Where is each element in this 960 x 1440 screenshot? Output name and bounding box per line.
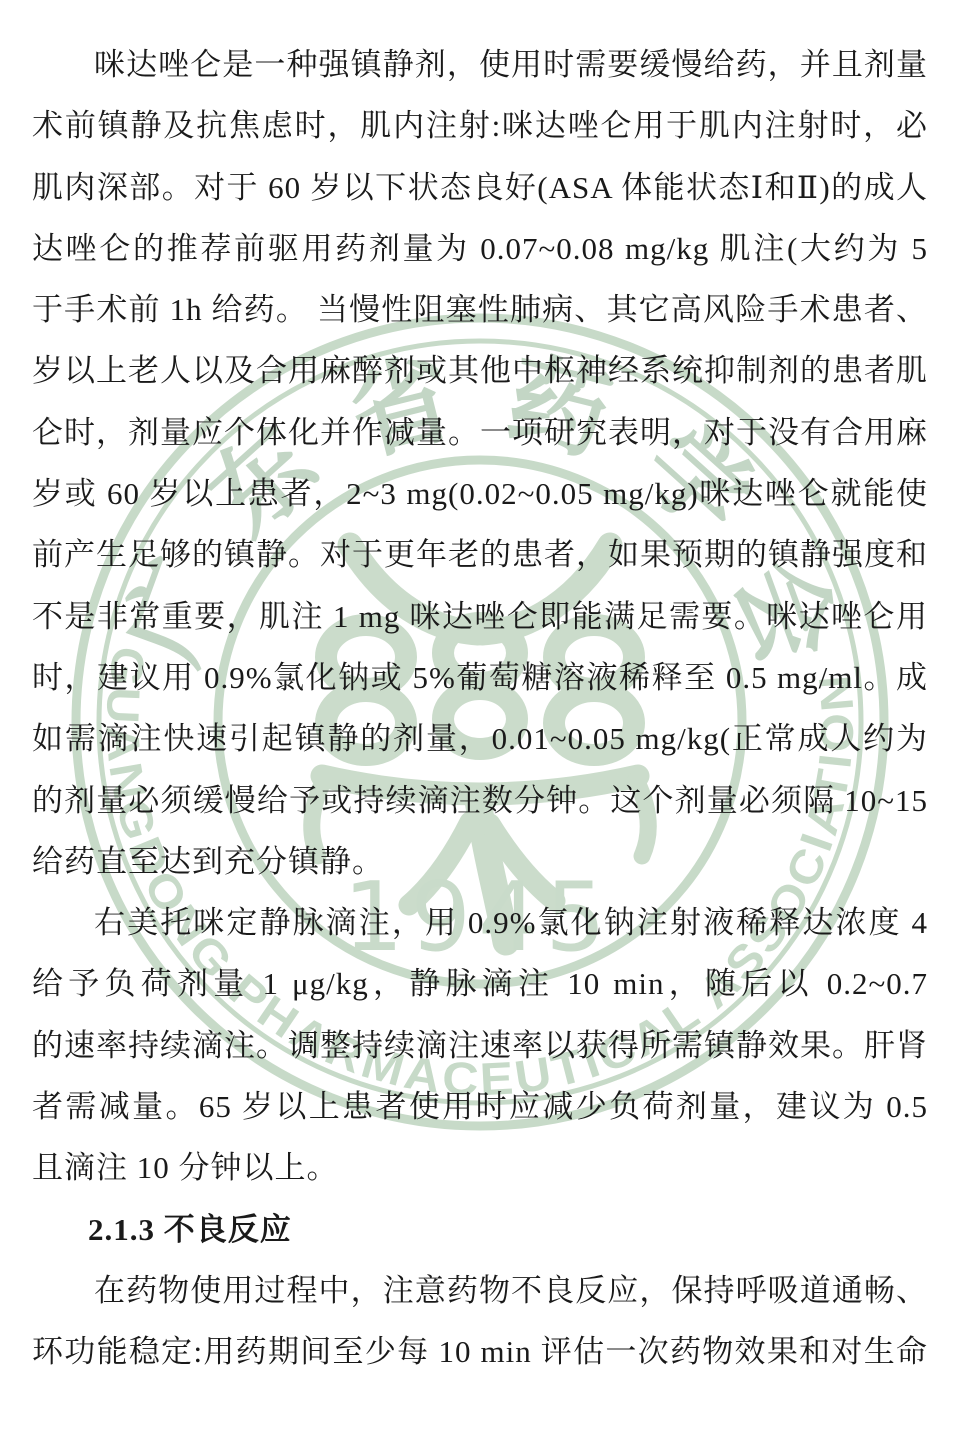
section-heading: 2.1.3 不良反应 <box>32 1199 928 1260</box>
text-line: 环功能稳定:用药期间至少每 10 min 评估一次药物效果和对生命体征影响。 <box>32 1321 928 1382</box>
text-line: 如需滴注快速引起镇静的剂量，0.01~0.05 mg/kg(正常成人约为 0.5… <box>32 708 928 769</box>
document-body: 咪达唑仑是一种强镇静剂，使用时需要缓慢给药，并且剂量个体化。 术前镇静及抗焦虑时… <box>0 0 960 1383</box>
text-line: 肌肉深部。对于 60 岁以下状态良好(ASA 体能状态Ⅰ和Ⅱ)的成人患者，咪 <box>32 157 928 218</box>
document-page: 广 东 省 药 学 会 1945 GUANGDONG PHARMACEUTICA… <box>0 0 960 1440</box>
text-line: 前产生足够的镇静。对于更年老的患者，如果预期的镇静强度和持续时间 <box>32 524 928 585</box>
text-line: 术前镇静及抗焦虑时，肌内注射:咪达唑仑用于肌内注射时，必须注射于大 <box>32 95 928 156</box>
text-line: 仑时，剂量应个体化并作减量。一项研究表明，对于没有合用麻醉药的 60 <box>32 402 928 463</box>
text-line: 给药直至达到充分镇静。 <box>32 831 928 892</box>
text-line: 且滴注 10 分钟以上。 <box>32 1137 928 1198</box>
text-line: 的剂量必须缓慢给予或持续滴注数分钟。这个剂量必须隔 10~15 min 重复 <box>32 770 928 831</box>
text-line: 给予负荷剂量 1 μg/kg，静脉滴注 10 min，随后以 0.2~0.7 μ… <box>32 953 928 1014</box>
text-line: 岁或 60 岁以上患者，2~3 mg(0.02~0.05 mg/kg)咪达唑仑就… <box>32 463 928 524</box>
text-line: 岁以上老人以及合用麻醉剂或其他中枢神经系统抑制剂的患者肌注咪达唑 <box>32 340 928 401</box>
text-line: 达唑仑的推荐前驱用药剂量为 0.07~0.08 mg/kg 肌注(大约为 5 m… <box>32 218 928 279</box>
text-line: 者需减量。65 岁以上患者使用时应减少负荷剂量，建议为 0.5 μg/kg， <box>32 1076 928 1137</box>
text-line: 咪达唑仑是一种强镇静剂，使用时需要缓慢给药，并且剂量个体化。 <box>32 34 928 95</box>
text-line: 时，建议用 0.9%氯化钠或 5%葡萄糖溶液稀释至 0.5 mg/ml。成人常用… <box>32 647 928 708</box>
text-line: 于手术前 1h 给药。 当慢性阻塞性肺病、其它高风险手术患者、60 岁或 60 <box>32 279 928 340</box>
text-line: 的速率持续滴注。调整持续滴注速率以获得所需镇静效果。肝肾功能不全 <box>32 1015 928 1076</box>
text-line: 在药物使用过程中，注意药物不良反应，保持呼吸道通畅、呼吸及循 <box>32 1260 928 1321</box>
text-line: 不是非常重要，肌注 1 mg 咪达唑仑即能满足需要。咪达唑仑用于持续滴注 <box>32 586 928 647</box>
text-line: 右美托咪定静脉滴注，用 0.9%氯化钠注射液稀释达浓度 4 μg/ml,先 <box>32 892 928 953</box>
